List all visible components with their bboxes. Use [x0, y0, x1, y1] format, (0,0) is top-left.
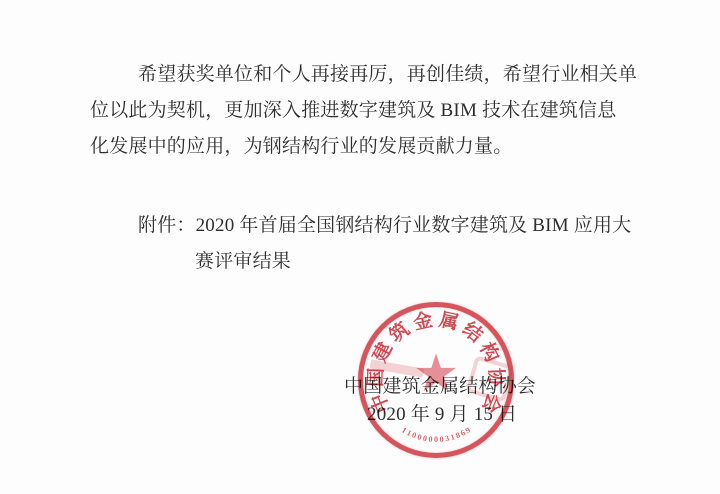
paragraph-line: 希望获奖单位和个人再接再厉，再创佳绩，希望行业相关单	[90, 57, 650, 93]
signature-date: 2020 年 9 月 15 日	[367, 397, 517, 433]
attachment-line: 赛评审结果	[90, 244, 650, 280]
attachment-line: 附件：2020 年首届全国钢结构行业数字建筑及 BIM 应用大	[90, 208, 650, 244]
document-page: 希望获奖单位和个人再接再厉，再创佳绩，希望行业相关单 位以此为契机，更加深入推进…	[0, 0, 720, 494]
body-paragraph: 希望获奖单位和个人再接再厉，再创佳绩，希望行业相关单 位以此为契机，更加深入推进…	[90, 57, 650, 165]
attachment-note: 附件：2020 年首届全国钢结构行业数字建筑及 BIM 应用大 赛评审结果	[90, 208, 650, 280]
paragraph-line: 位以此为契机，更加深入推进数字建筑及 BIM 技术在建筑信息	[90, 93, 650, 129]
paragraph-line: 化发展中的应用，为钢结构行业的发展贡献力量。	[90, 129, 650, 165]
